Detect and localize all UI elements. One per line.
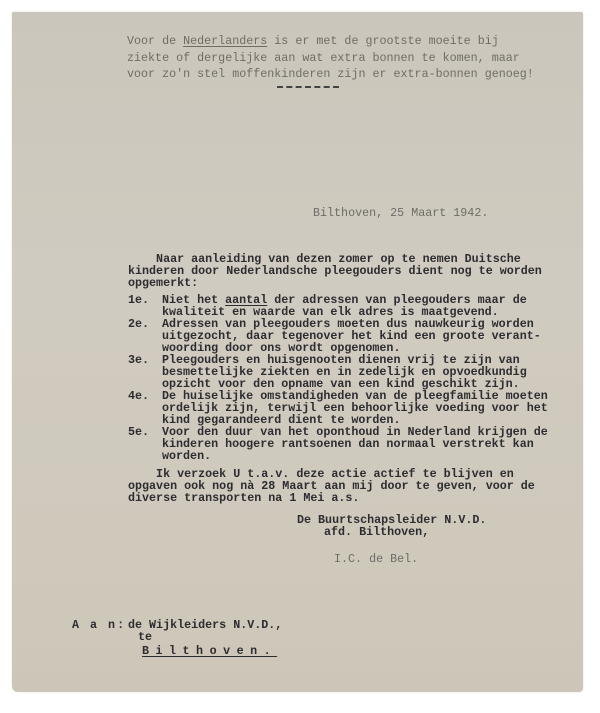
- header-note-line-3: voor zo'n stel moffenkinderen zijn er ex…: [127, 68, 534, 80]
- intro-line-3: opgemerkt:: [128, 277, 198, 289]
- item-2-number: 2e.: [128, 318, 149, 330]
- header-note-suffix: is er met de grootste moeite bij: [267, 34, 498, 48]
- signature-dept: afd. Bilthoven,: [324, 526, 429, 538]
- item-3-number: 3e.: [128, 354, 149, 366]
- signature-name: I.C. de Bel.: [334, 553, 418, 565]
- header-note-line-1: Voor de Nederlanders is er met de groots…: [127, 35, 499, 47]
- item-5-line-3: worden.: [162, 450, 211, 462]
- header-note-prefix: Voor de: [127, 34, 183, 48]
- separator-dashes: [277, 86, 339, 88]
- place-date: Bilthoven, 25 Maart 1942.: [313, 207, 488, 219]
- addressee-te: te: [138, 631, 152, 643]
- closing-line-3: diverse transporten na 1 Mei a.s.: [128, 492, 359, 504]
- addressee-city: Bilthoven.: [142, 645, 277, 657]
- item-4-number: 4e.: [128, 390, 149, 402]
- item-1-number: 1e.: [128, 294, 149, 306]
- header-note-line-2: ziekte of dergelijke aan wat extra bonne…: [127, 52, 520, 64]
- item-5-line-2: kinderen hoogere rantsoenen dan normaal …: [162, 438, 534, 450]
- underlined-word-nederlanders: Nederlanders: [183, 34, 267, 48]
- addressee-label: A a n:: [72, 619, 126, 631]
- item-5-number: 5e.: [128, 426, 149, 438]
